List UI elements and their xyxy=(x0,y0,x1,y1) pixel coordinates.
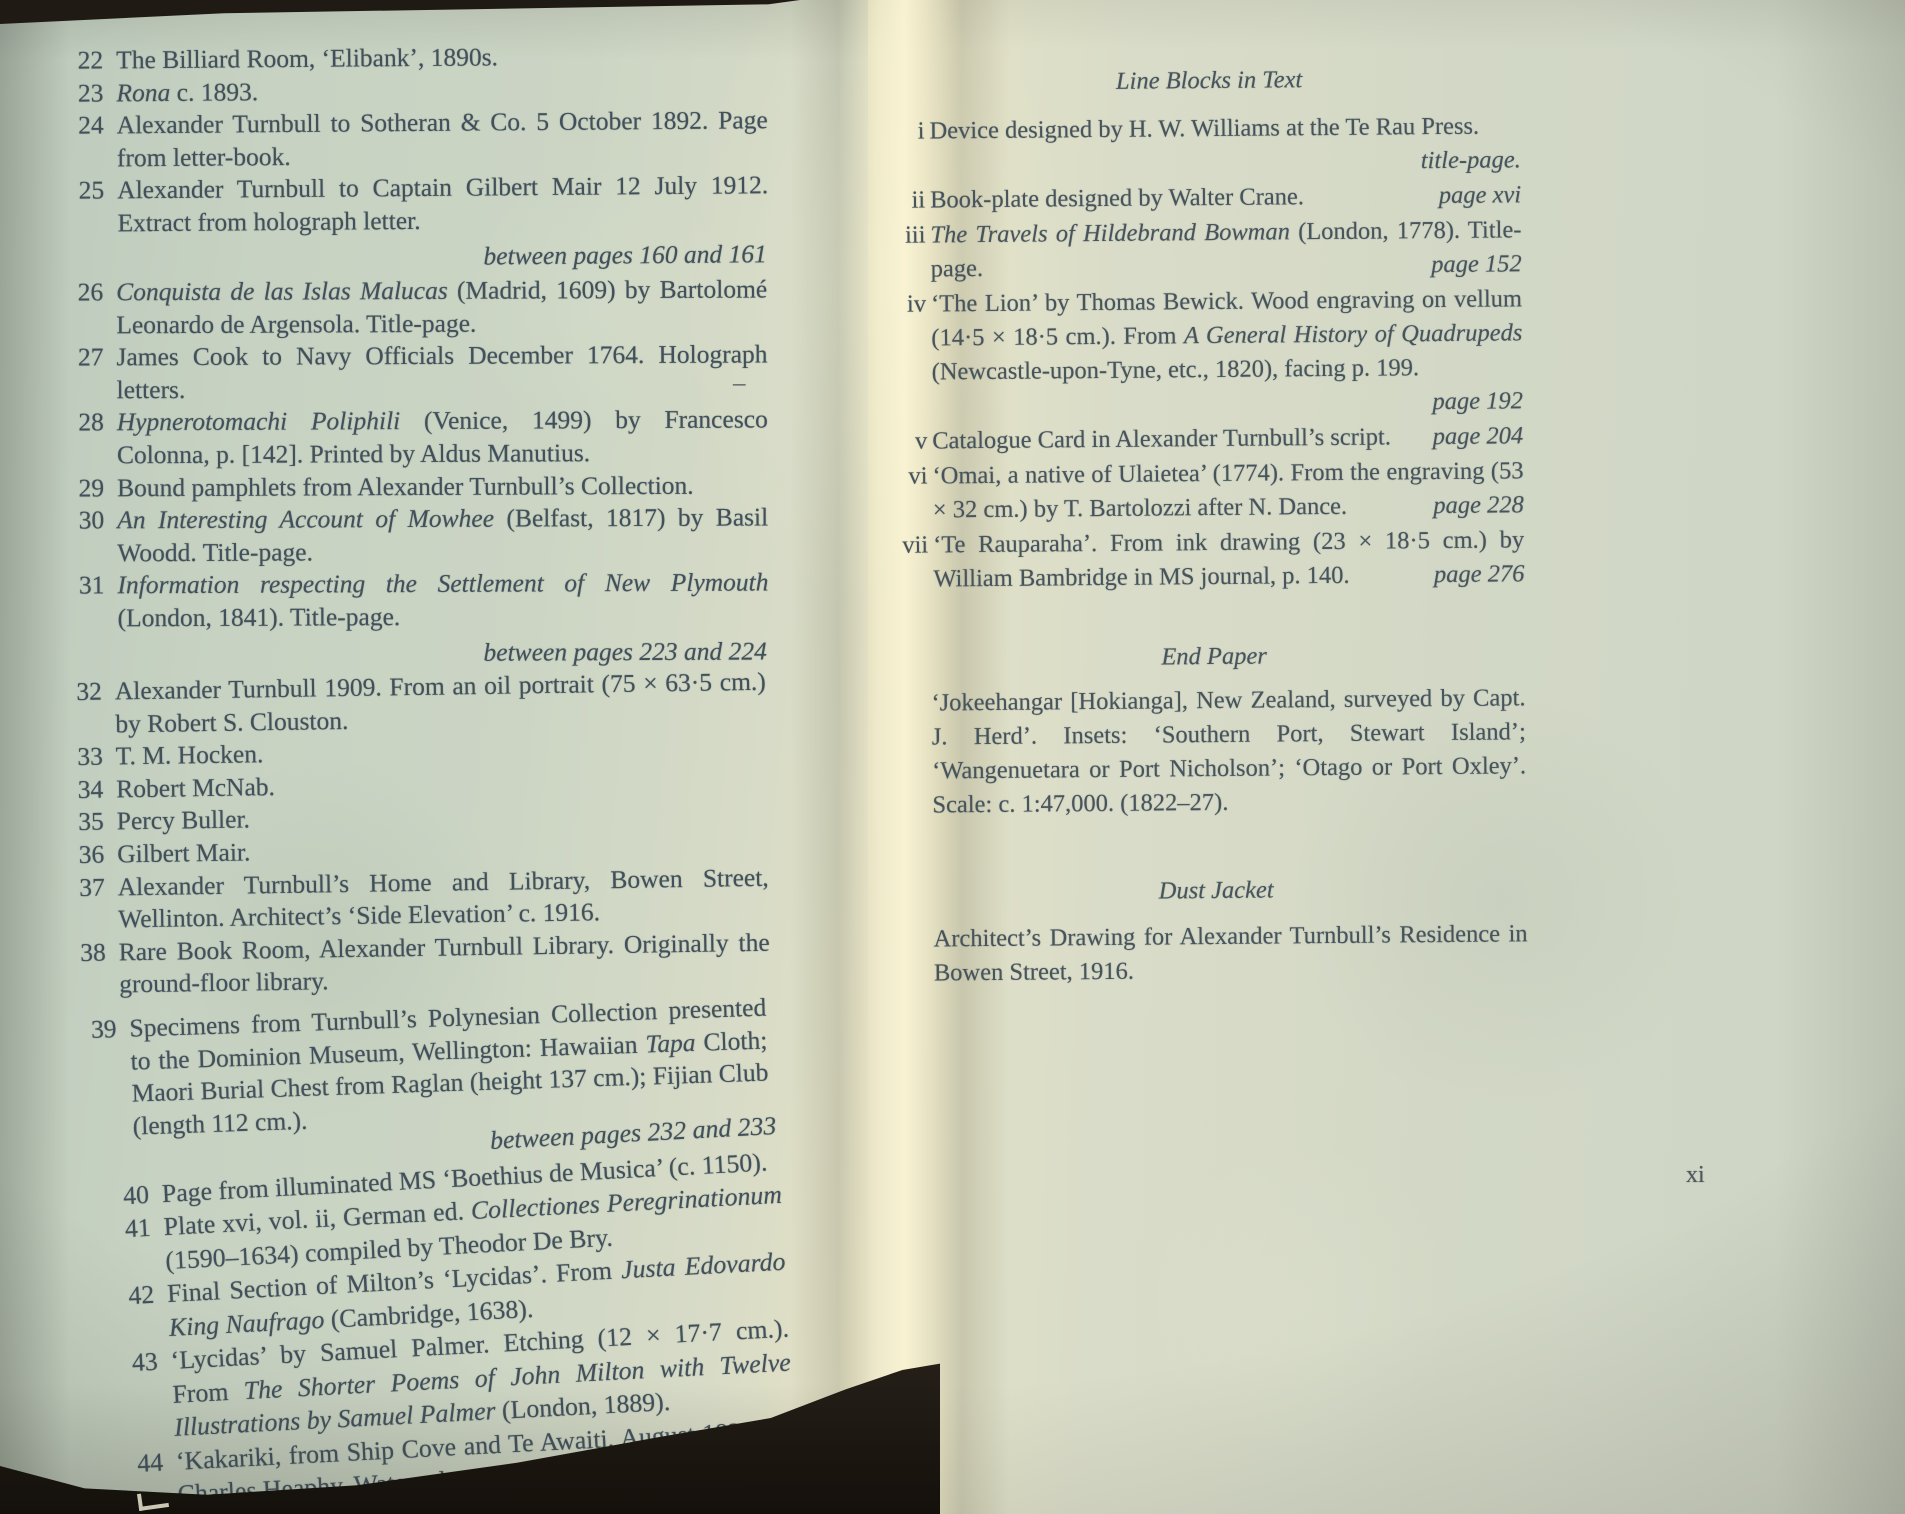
item-body: Device designed by H. W. Williams at the… xyxy=(929,113,1479,145)
between-pages-note: between pages 160 and 161 xyxy=(61,238,769,276)
item-text: ‘Omai, a native of Ulaietea’ (1774). Fro… xyxy=(932,454,1524,527)
item-numeral: v xyxy=(901,424,932,458)
item-number: 31 xyxy=(60,570,117,635)
item-number: 27 xyxy=(59,342,116,407)
list-item: 37 Alexander Turnbull’s Home and Library… xyxy=(61,862,770,938)
item-numeral: i xyxy=(898,114,930,182)
list-item: 29 Bound pamphlets from Alexander Turnbu… xyxy=(60,469,768,505)
item-text: Information respecting the Settlement of… xyxy=(117,567,768,635)
item-text: Bound pamphlets from Alexander Turnbull’… xyxy=(117,469,768,504)
page-reference: title-page. xyxy=(1421,143,1521,178)
list-item: 30 An Interesting Account of Mowhee (Bel… xyxy=(60,502,768,570)
section-heading-dust-jacket: Dust Jacket xyxy=(905,871,1527,910)
item-text: Alexander Turnbull to Sotheran & Co. 5 O… xyxy=(117,104,768,174)
item-number: 22 xyxy=(59,44,116,77)
item-number: 39 xyxy=(72,1013,133,1145)
item-text: Catalogue Card in Alexander Turnbull’s s… xyxy=(932,419,1523,458)
dust-jacket-text: Architect’s Drawing for Alexander Turnbu… xyxy=(933,917,1528,990)
left-page-text: 22 The Billiard Room, ‘Elibank’, 1890s. … xyxy=(60,42,768,1514)
item-text: Conquista de las Islas Malucas (Madrid, … xyxy=(116,274,767,342)
item-body: Catalogue Card in Alexander Turnbull’s s… xyxy=(932,423,1391,454)
line-block-item: vii ‘Te Rauparaha’. From ink drawing (23… xyxy=(902,523,1525,596)
end-paper-text: ‘Jokeehangar [Hokianga], New Zealand, su… xyxy=(931,681,1526,822)
item-number: 37 xyxy=(61,871,119,937)
list-item: 31 Information respecting the Settlement… xyxy=(60,567,768,635)
item-text: Hypnerotomachi Poliphili (Venice, 1499) … xyxy=(117,404,768,472)
left-entries-segment: 26 Conquista de las Islas Malucas (Madri… xyxy=(59,274,769,671)
between-pages-note: between pages 223 and 224 xyxy=(61,635,769,671)
list-item: 22 The Billiard Room, ‘Elibank’, 1890s. xyxy=(59,39,767,77)
item-numeral: vi xyxy=(901,459,933,527)
item-number: 25 xyxy=(60,175,118,241)
list-item: 24 Alexander Turnbull to Sotheran & Co. … xyxy=(60,104,768,175)
section-heading-end-paper: End Paper xyxy=(903,637,1525,676)
page-reference: page 228 xyxy=(1433,488,1524,523)
left-entries-segment: 32 Alexander Turnbull 1909. From an oil … xyxy=(58,666,771,1002)
item-text: Rare Book Room, Alexander Turnbull Libra… xyxy=(118,927,770,1002)
item-text: Alexander Turnbull’s Home and Library, B… xyxy=(118,862,770,937)
list-item: 32 Alexander Turnbull 1909. From an oil … xyxy=(58,666,767,742)
item-numeral: vii xyxy=(902,528,934,596)
book-spread-photo: 22 The Billiard Room, ‘Elibank’, 1890s. … xyxy=(0,0,1905,1514)
item-number: 42 xyxy=(109,1277,169,1347)
list-item: 26 Conquista de las Islas Malucas (Madri… xyxy=(59,274,767,342)
item-text: An Interesting Account of Mowhee (Belfas… xyxy=(117,502,768,570)
item-number: 34 xyxy=(59,773,116,806)
right-page-text: Line Blocks in Text i Device designed by… xyxy=(898,61,1528,990)
item-number: 41 xyxy=(106,1210,166,1280)
list-item: 28 Hypnerotomachi Poliphili (Venice, 149… xyxy=(60,404,768,472)
item-text: Alexander Turnbull to Captain Gilbert Ma… xyxy=(117,170,768,240)
item-text: James Cook to Navy Officials December 17… xyxy=(116,339,767,407)
item-number: 43 xyxy=(113,1344,175,1447)
item-text: The Travels of Hildebrand Bowman (London… xyxy=(930,213,1522,286)
item-text: Rona c. 1893. xyxy=(116,72,767,110)
item-text: The Billiard Room, ‘Elibank’, 1890s. xyxy=(116,39,767,77)
item-body: ‘The Lion’ by Thomas Bewick. Wood engrav… xyxy=(931,285,1523,385)
page-reference: page 276 xyxy=(1434,557,1525,592)
item-number: 26 xyxy=(59,276,116,341)
item-number: 29 xyxy=(60,472,117,505)
line-block-item: i Device designed by H. W. Williams at t… xyxy=(898,109,1521,182)
item-numeral: ii xyxy=(899,183,930,217)
line-blocks-list: i Device designed by H. W. Williams at t… xyxy=(898,109,1524,596)
line-block-item: iii The Travels of Hildebrand Bowman (Lo… xyxy=(899,213,1522,286)
page-number: xi xyxy=(1686,1162,1705,1189)
list-item: 38 Rare Book Room, Alexander Turnbull Li… xyxy=(61,927,770,1003)
left-entries-segment: 22 The Billiard Room, ‘Elibank’, 1890s. … xyxy=(59,39,769,276)
item-number: 33 xyxy=(59,741,116,774)
section-heading-line-blocks: Line Blocks in Text xyxy=(898,61,1520,100)
item-text: Device designed by H. W. Williams at the… xyxy=(929,109,1521,182)
line-block-item: v Catalogue Card in Alexander Turnbull’s… xyxy=(901,419,1523,458)
item-text: ‘The Lion’ by Thomas Bewick. Wood engrav… xyxy=(931,282,1523,423)
line-block-item: iv ‘The Lion’ by Thomas Bewick. Wood eng… xyxy=(900,282,1523,423)
list-item: 23 Rona c. 1893. xyxy=(59,72,767,110)
item-number: 28 xyxy=(60,407,117,472)
stray-mark: – xyxy=(733,370,746,398)
page-reference: page 192 xyxy=(1432,384,1523,419)
item-text: ‘Te Rauparaha’. From ink drawing (23 × 1… xyxy=(933,523,1525,596)
item-number: 40 xyxy=(104,1176,163,1212)
line-block-item: ii Book-plate designed by Walter Crane.p… xyxy=(899,178,1521,217)
line-block-item: vi ‘Omai, a native of Ulaietea’ (1774). … xyxy=(901,454,1524,527)
item-body: Book-plate designed by Walter Crane. xyxy=(930,183,1304,213)
page-reference: page 204 xyxy=(1433,419,1524,454)
item-numeral: iii xyxy=(899,218,931,286)
item-number: 38 xyxy=(61,936,119,1002)
item-number: 32 xyxy=(58,676,116,742)
item-text: Book-plate designed by Walter Crane.page… xyxy=(930,178,1521,217)
item-number: 36 xyxy=(60,839,117,872)
list-item: 25 Alexander Turnbull to Captain Gilbert… xyxy=(60,170,768,241)
item-number: 24 xyxy=(60,110,118,176)
item-number: 35 xyxy=(60,806,117,839)
page-reference: page xvi xyxy=(1439,178,1522,213)
item-number: 30 xyxy=(60,505,117,570)
list-item: 27 James Cook to Navy Officials December… xyxy=(59,339,767,407)
item-text: Alexander Turnbull 1909. From an oil por… xyxy=(115,666,767,741)
item-numeral: iv xyxy=(900,287,932,423)
page-reference: page 152 xyxy=(1431,247,1522,282)
item-number: 23 xyxy=(59,77,116,110)
